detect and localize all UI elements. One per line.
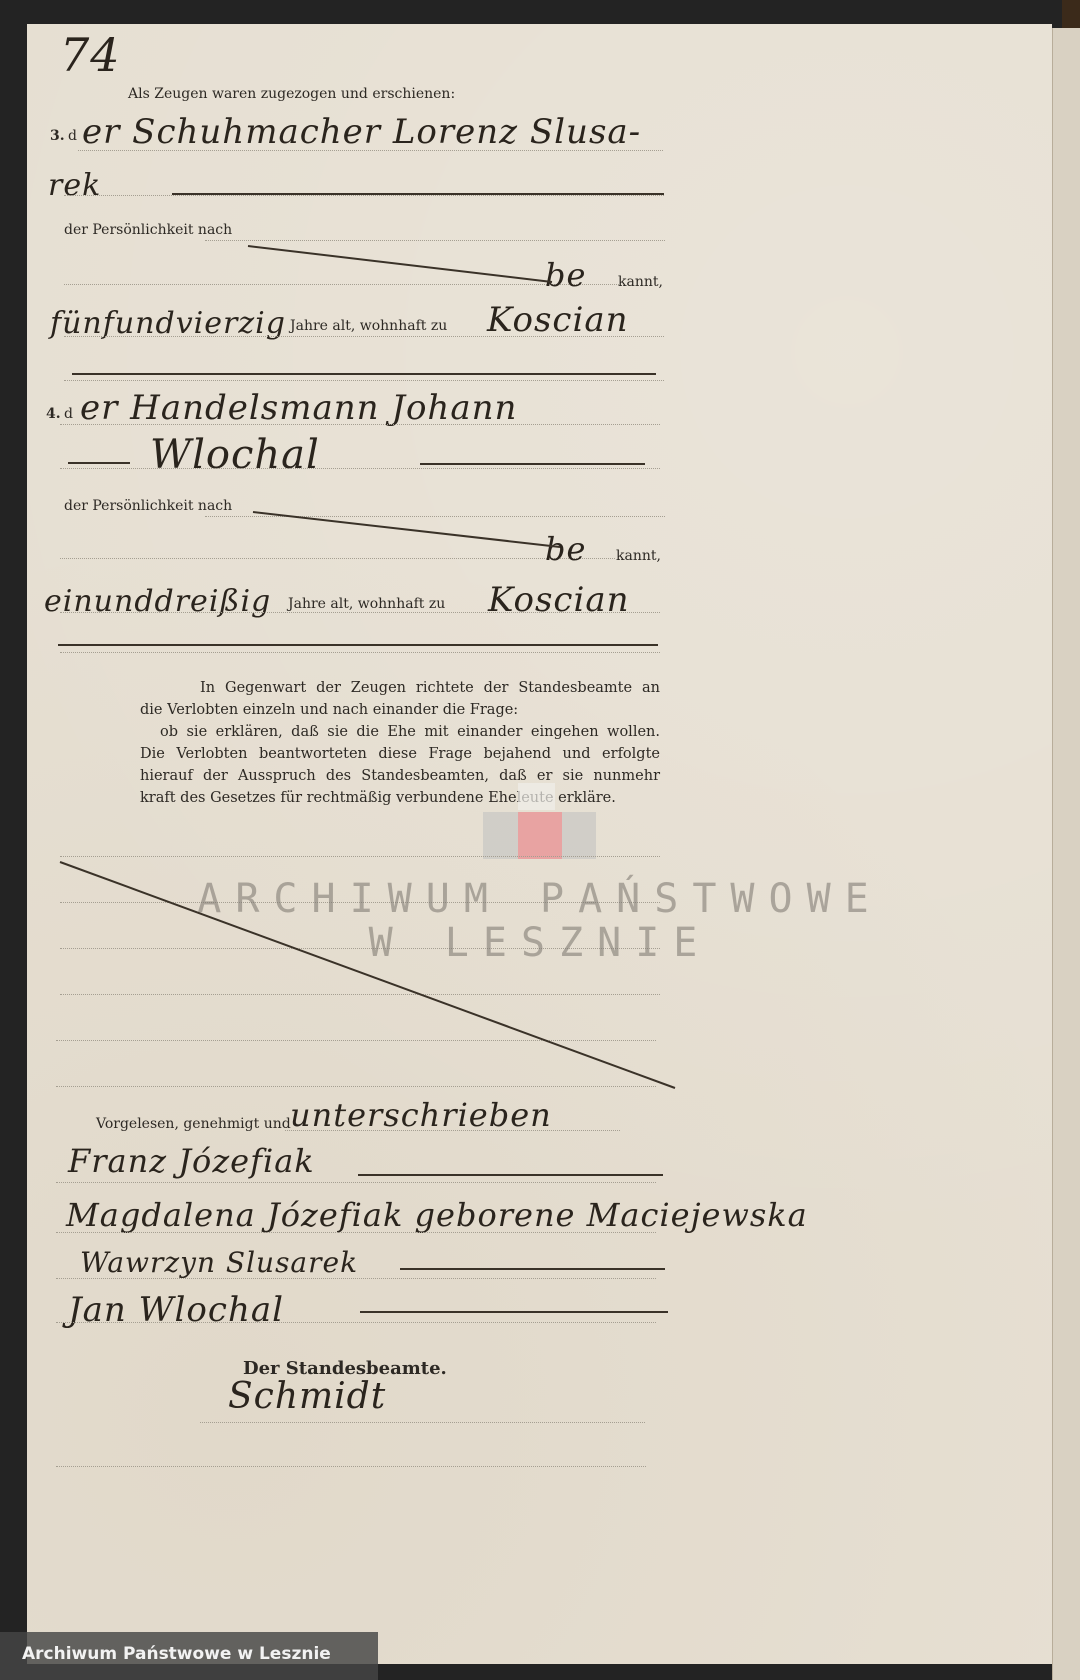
archive-footer-label: Archiwum Państwowe w Lesznie bbox=[22, 1644, 331, 1664]
ink-strike-lines bbox=[0, 0, 1080, 1680]
